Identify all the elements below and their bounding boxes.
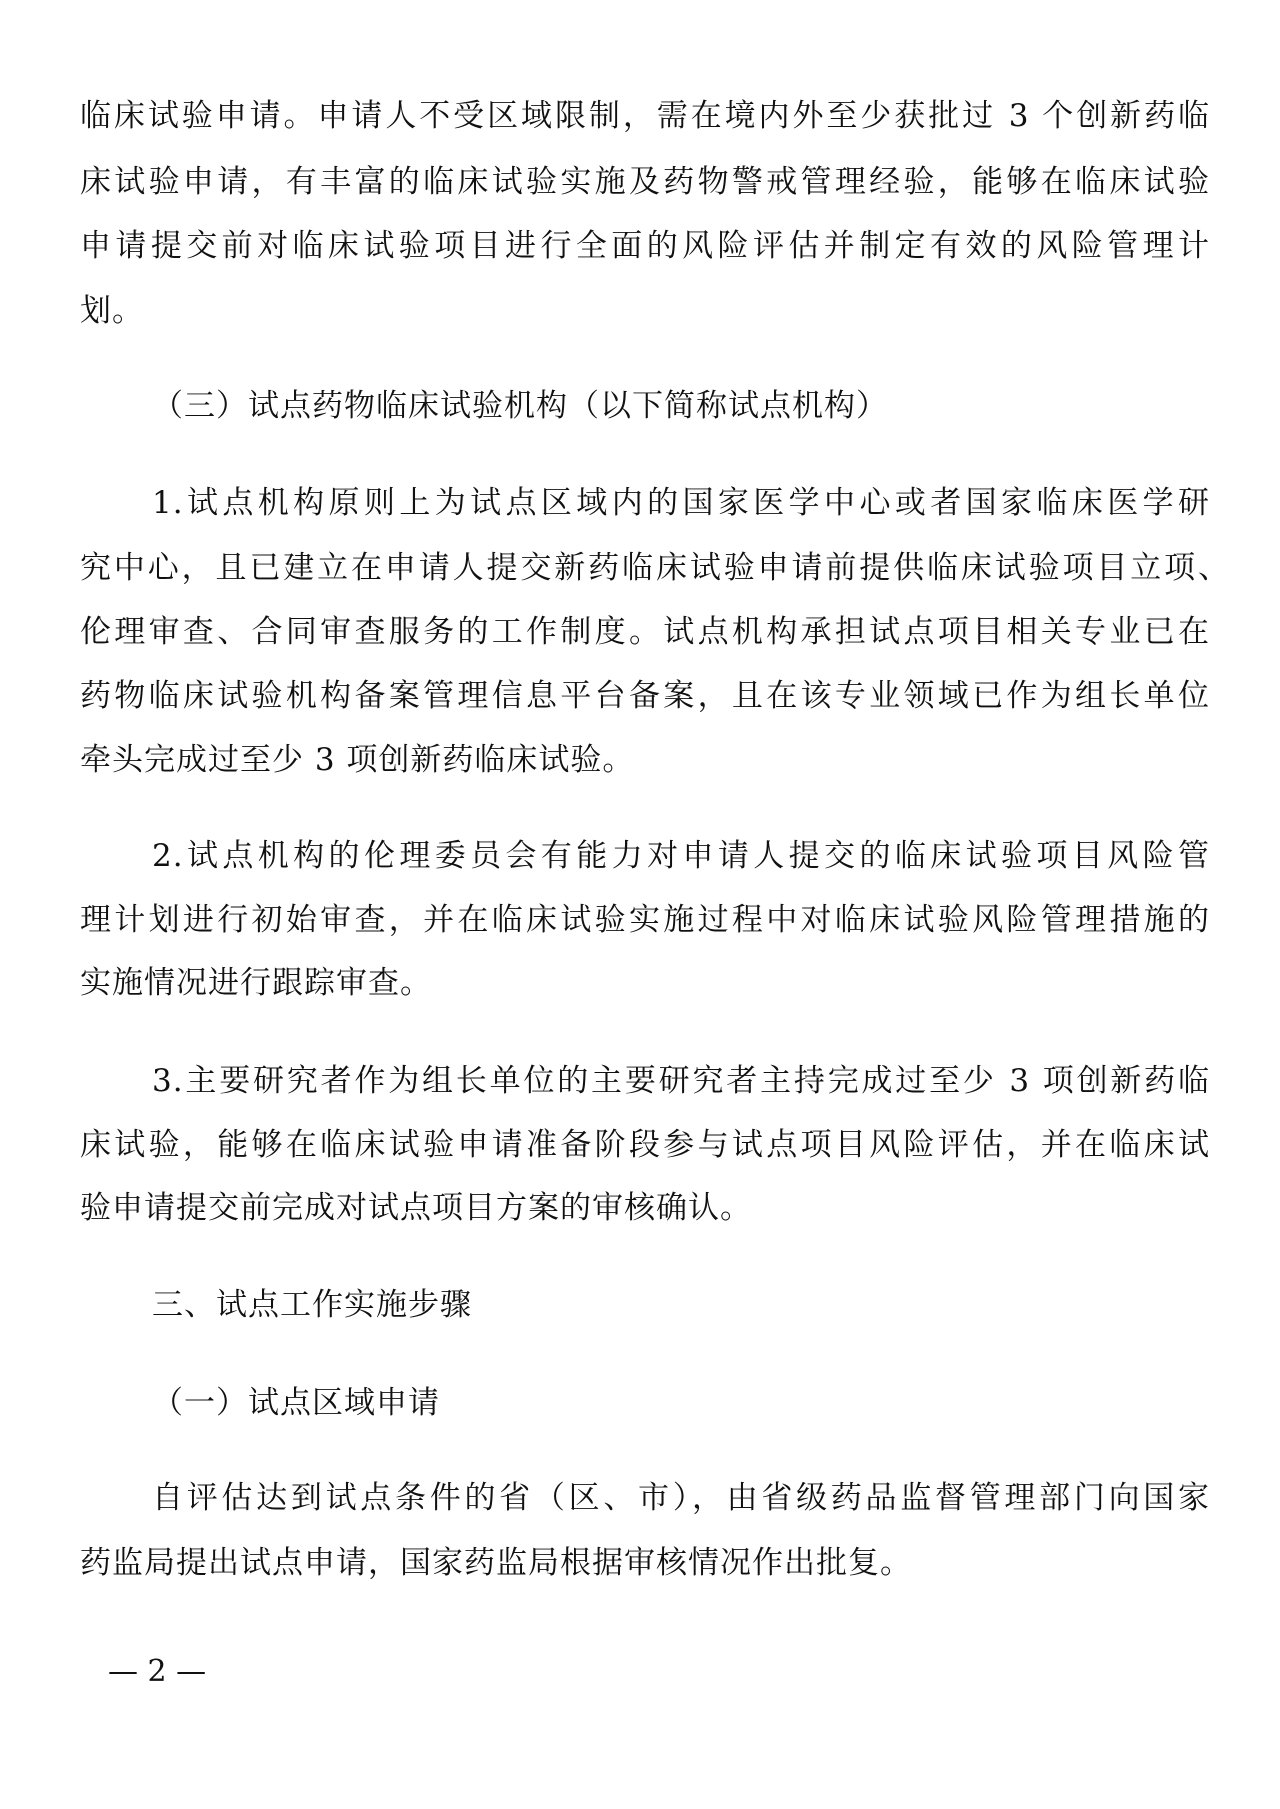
subsection-heading: （一）试点区域申请 bbox=[152, 1383, 1210, 1423]
body-text-line: 床试验申请，有丰富的临床试验实施及药物警戒管理经验，能够在临床试验 bbox=[80, 162, 1210, 202]
body-text-line: 药监局提出试点申请，国家药监局根据审核情况作出批复。 bbox=[80, 1543, 1210, 1583]
body-text-line: 临床试验申请。申请人不受区域限制，需在境内外至少获批过 3 个创新药临 bbox=[80, 96, 1210, 136]
document-page: 临床试验申请。申请人不受区域限制，需在境内外至少获批过 3 个创新药临 床试验申… bbox=[0, 0, 1280, 1809]
body-text-line: 药物临床试验机构备案管理信息平台备案，且在该专业领域已作为组长单位 bbox=[80, 676, 1210, 716]
body-text-line: 1.试点机构原则上为试点区域内的国家医学中心或者国家临床医学研 bbox=[152, 483, 1210, 523]
body-text-line: 划。 bbox=[80, 291, 1210, 331]
page-number: — 2 — bbox=[108, 1652, 206, 1692]
body-text-line: 理计划进行初始审查，并在临床试验实施过程中对临床试验风险管理措施的 bbox=[80, 900, 1210, 940]
body-text-line: 实施情况进行跟踪审查。 bbox=[80, 963, 1210, 1003]
subsection-heading: （三）试点药物临床试验机构（以下简称试点机构） bbox=[152, 386, 1210, 426]
body-text-line: 2.试点机构的伦理委员会有能力对申请人提交的临床试验项目风险管 bbox=[152, 836, 1210, 876]
section-heading: 三、试点工作实施步骤 bbox=[152, 1285, 1210, 1325]
body-text-line: 自评估达到试点条件的省（区、市），由省级药品监督管理部门向国家 bbox=[152, 1478, 1210, 1518]
body-text-line: 究中心，且已建立在申请人提交新药临床试验申请前提供临床试验项目立项、 bbox=[80, 548, 1230, 588]
body-text-line: 伦理审查、合同审查服务的工作制度。试点机构承担试点项目相关专业已在 bbox=[80, 612, 1210, 652]
body-text-line: 验申请提交前完成对试点项目方案的审核确认。 bbox=[80, 1188, 1210, 1228]
body-text-line: 牵头完成过至少 3 项创新药临床试验。 bbox=[80, 740, 1210, 780]
body-text-line: 申请提交前对临床试验项目进行全面的风险评估并制定有效的风险管理计 bbox=[80, 226, 1210, 266]
body-text-line: 3.主要研究者作为组长单位的主要研究者主持完成过至少 3 项创新药临 bbox=[152, 1061, 1210, 1101]
body-text-line: 床试验，能够在临床试验申请准备阶段参与试点项目风险评估，并在临床试 bbox=[80, 1125, 1210, 1165]
